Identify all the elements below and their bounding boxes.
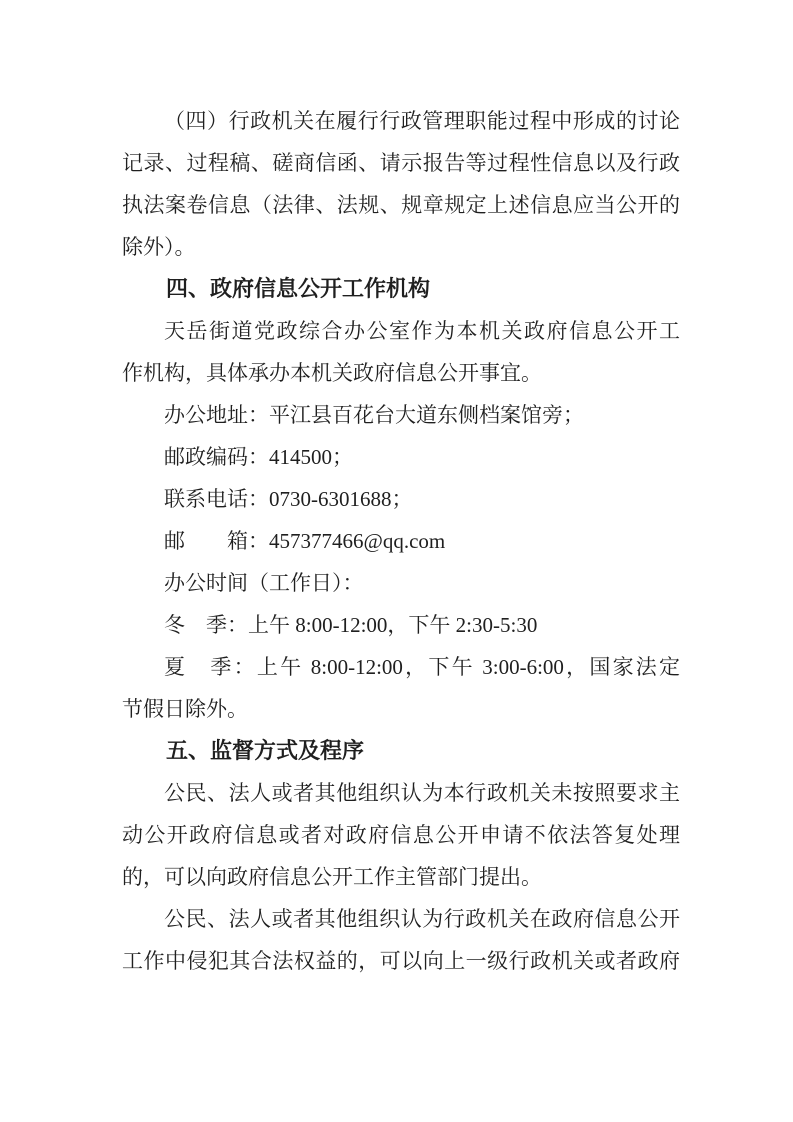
text-line: 公民、法人或者其他组织认为行政机关在政府信息公开 [122, 898, 680, 940]
text-line: 夏 季：上午 8:00-12:00，下午 3:00-6:00，国家法定 [122, 646, 680, 688]
section-heading: 四、政府信息公开工作机构 [122, 268, 680, 310]
text-line: 冬 季：上午 8:00-12:00，下午 2:30-5:30 [122, 604, 680, 646]
document-page: （四）行政机关在履行行政管理职能过程中形成的讨论记录、过程稿、磋商信函、请示报告… [0, 0, 793, 1122]
text-line: 节假日除外。 [122, 688, 680, 730]
text-line: 除外）。 [122, 226, 680, 268]
text-line: 作机构，具体承办本机关政府信息公开事宜。 [122, 352, 680, 394]
document-content: （四）行政机关在履行行政管理职能过程中形成的讨论记录、过程稿、磋商信函、请示报告… [122, 100, 680, 982]
text-line: 执法案卷信息（法律、法规、规章规定上述信息应当公开的 [122, 184, 680, 226]
text-line: 工作中侵犯其合法权益的，可以向上一级行政机关或者政府 [122, 940, 680, 982]
text-line: 邮 箱：457377466@qq.com [122, 520, 680, 562]
text-line: 记录、过程稿、磋商信函、请示报告等过程性信息以及行政 [122, 142, 680, 184]
text-line: 的，可以向政府信息公开工作主管部门提出。 [122, 856, 680, 898]
text-line: 邮政编码：414500； [122, 436, 680, 478]
text-line: 公民、法人或者其他组织认为本行政机关未按照要求主 [122, 772, 680, 814]
text-line: （四）行政机关在履行行政管理职能过程中形成的讨论 [122, 100, 680, 142]
text-line: 动公开政府信息或者对政府信息公开申请不依法答复处理 [122, 814, 680, 856]
text-line: 办公地址：平江县百花台大道东侧档案馆旁； [122, 394, 680, 436]
text-line: 联系电话：0730-6301688； [122, 478, 680, 520]
text-line: 天岳街道党政综合办公室作为本机关政府信息公开工 [122, 310, 680, 352]
section-heading: 五、监督方式及程序 [122, 730, 680, 772]
text-line: 办公时间（工作日）： [122, 562, 680, 604]
